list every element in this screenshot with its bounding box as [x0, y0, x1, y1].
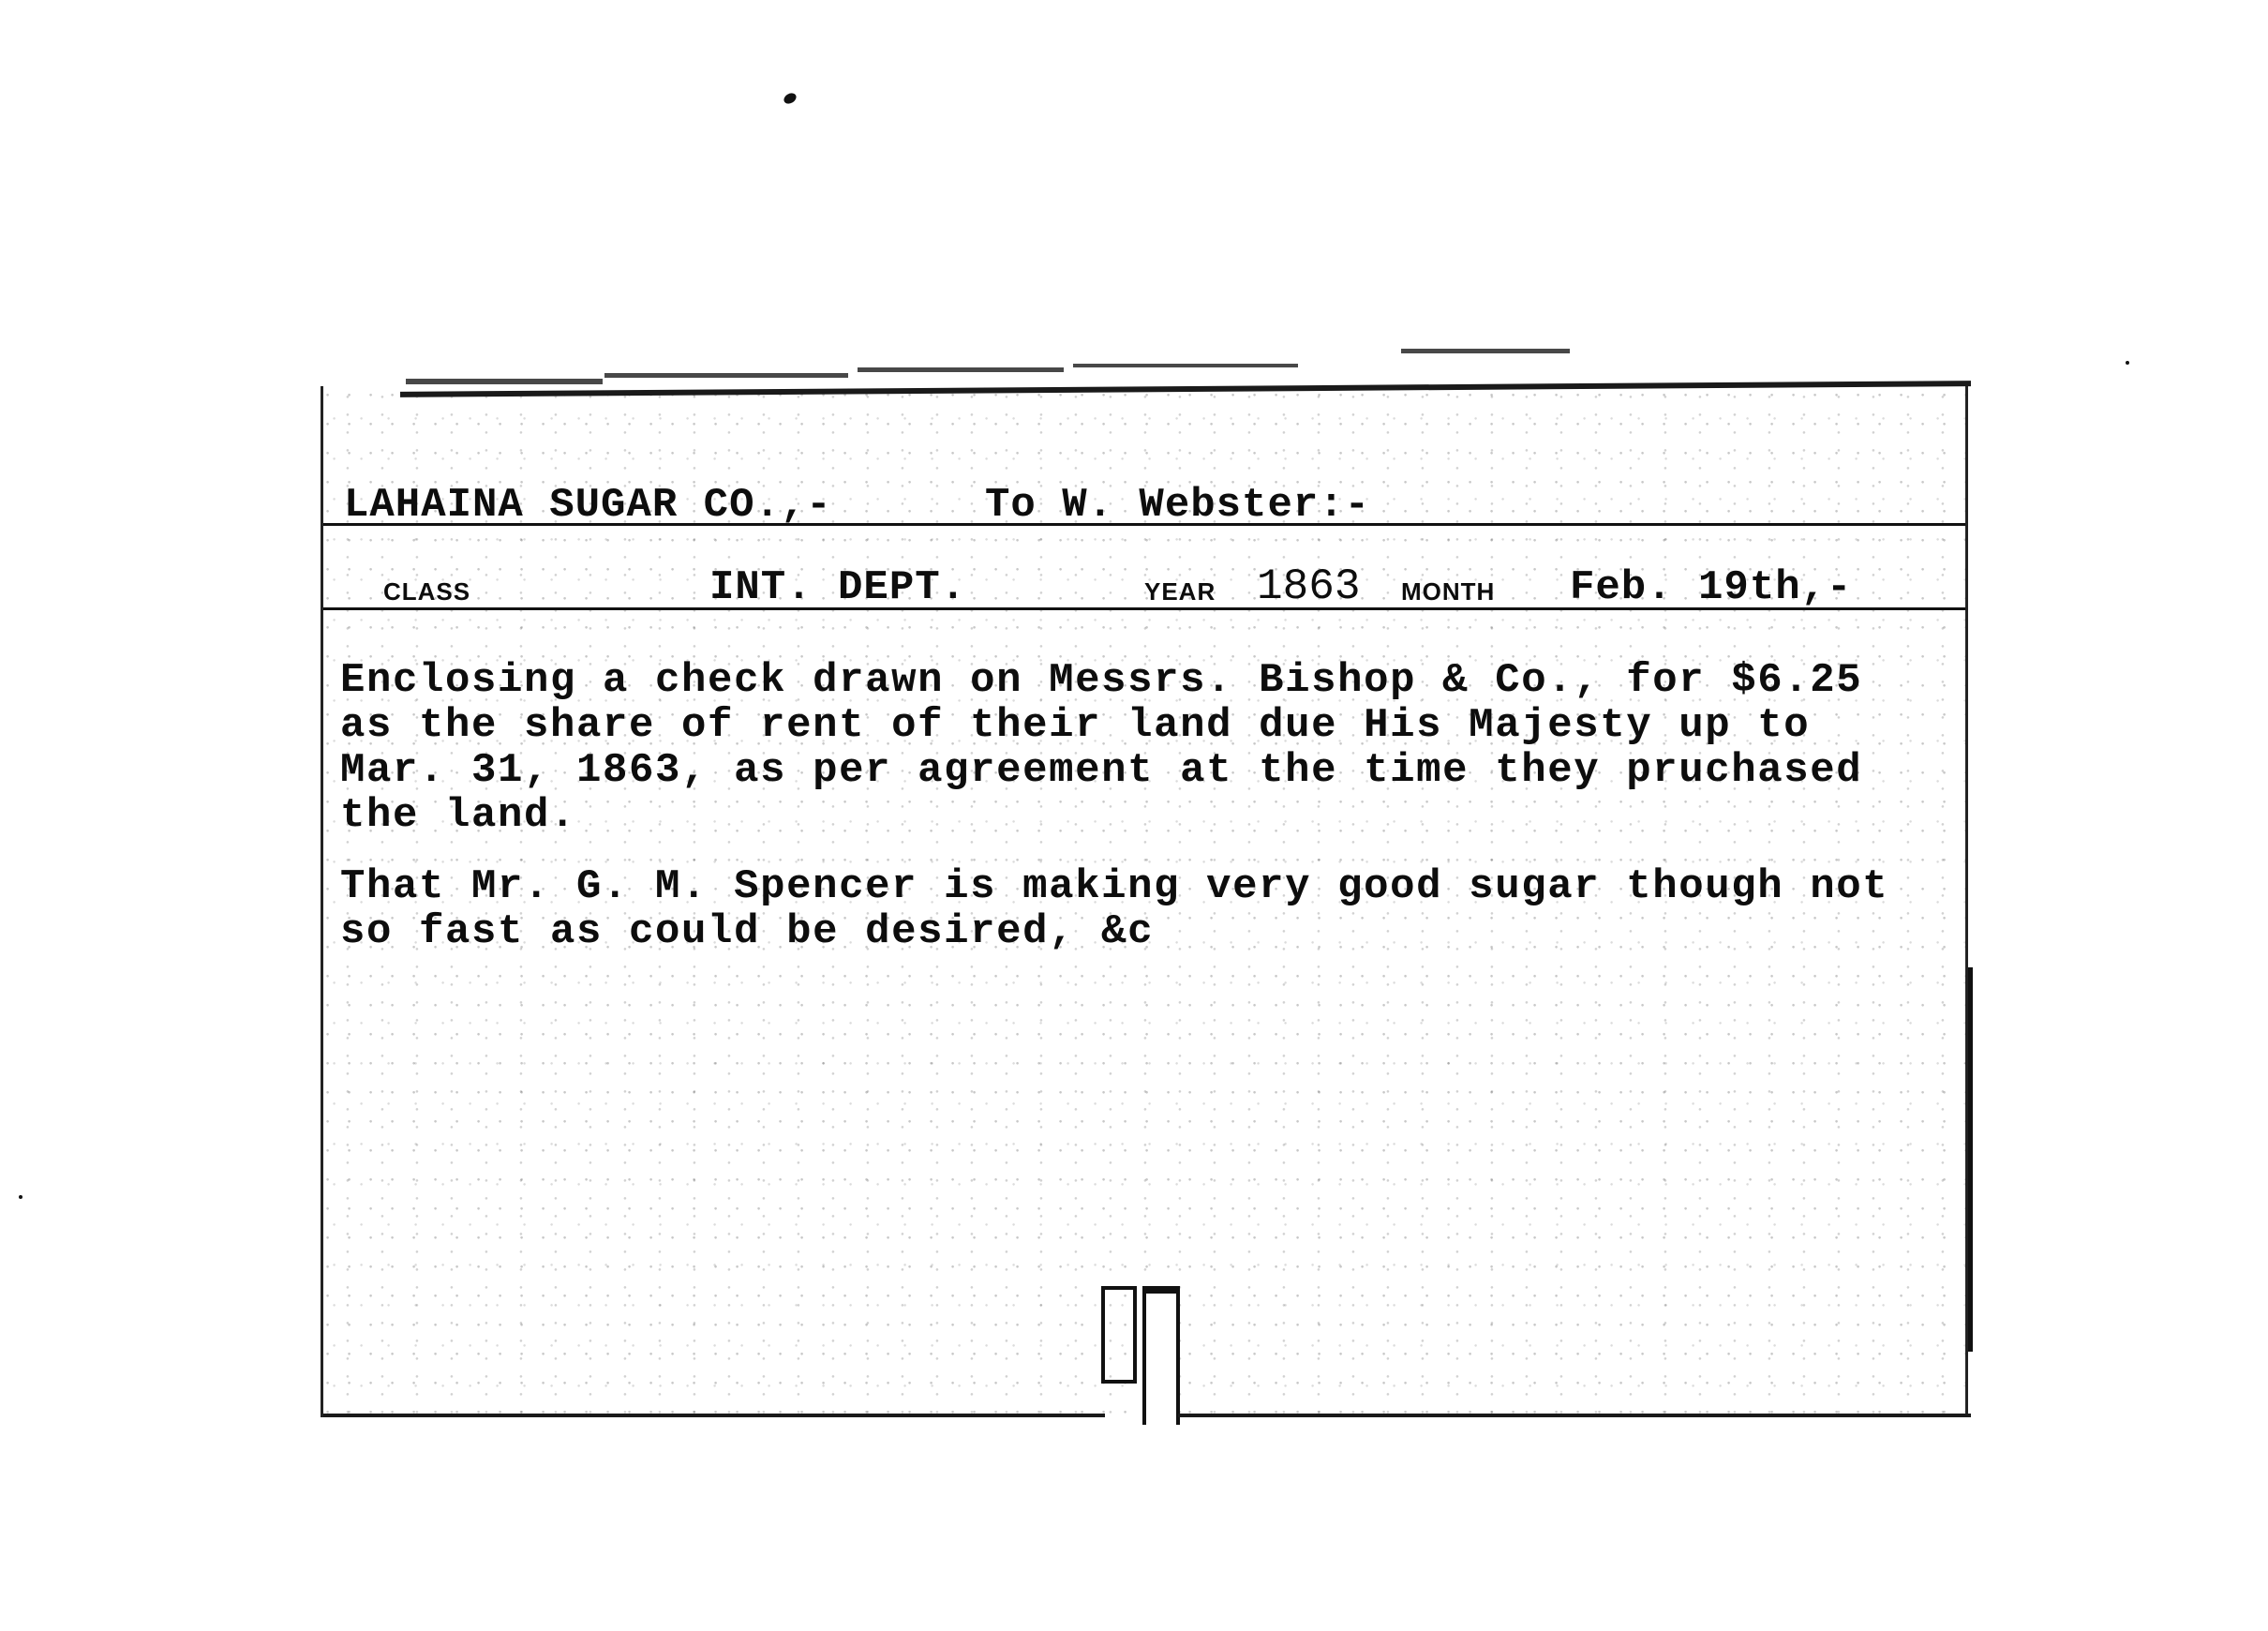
- recipient: To W. Webster:-: [985, 482, 1370, 529]
- card-top-torn-edge: [858, 367, 1064, 372]
- class-label: CLASS: [383, 577, 470, 606]
- body-line: That Mr. G. M. Spencer is making very go…: [340, 864, 1971, 909]
- card-bottom-border: [323, 1414, 1105, 1417]
- class-value: INT. DEPT.: [709, 564, 966, 611]
- card-body: Enclosing a check drawn on Messrs. Bisho…: [340, 658, 1971, 838]
- month-value: Feb. 19th,-: [1570, 564, 1852, 611]
- body-line: the land.: [340, 793, 1971, 838]
- index-card: LAHAINA SUGAR CO.,- To W. Webster:- CLAS…: [321, 386, 1968, 1417]
- year-value: 1863: [1257, 562, 1360, 611]
- filing-notch: [1142, 1286, 1180, 1425]
- scan-speck: [2126, 361, 2129, 365]
- body-line: as the share of rent of their land due H…: [340, 703, 1971, 748]
- card-right-edge-mark: [1968, 967, 1973, 1352]
- year-label: YEAR: [1144, 577, 1216, 606]
- card-top-torn-edge: [1401, 349, 1570, 353]
- header-rule: [323, 523, 1965, 526]
- classification-rule: [323, 607, 1965, 610]
- month-label: MONTH: [1401, 577, 1495, 606]
- card-top-torn-edge: [1073, 364, 1298, 367]
- scan-speck: [19, 1195, 22, 1199]
- body-line: Enclosing a check drawn on Messrs. Bisho…: [340, 658, 1971, 703]
- card-body-note: That Mr. G. M. Spencer is making very go…: [340, 864, 1971, 954]
- scan-speck: [782, 91, 798, 106]
- filing-tab-outline: [1101, 1286, 1137, 1384]
- company-name: LAHAINA SUGAR CO.,-: [344, 482, 832, 529]
- card-top-torn-edge: [604, 373, 848, 378]
- card-bottom-border: [1178, 1414, 1971, 1417]
- card-top-border: [400, 381, 1971, 397]
- body-line: Mar. 31, 1863, as per agreement at the t…: [340, 748, 1971, 793]
- card-top-torn-edge: [406, 379, 603, 384]
- body-line: so fast as could be desired, &c: [340, 909, 1971, 954]
